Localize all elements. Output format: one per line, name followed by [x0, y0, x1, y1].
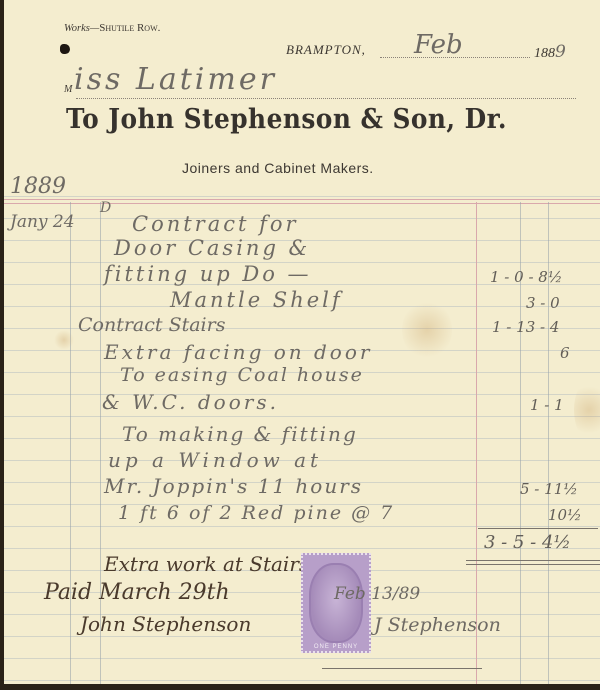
line-amount: 3 - 0 [526, 294, 560, 312]
line-item: fitting up Do — [104, 262, 312, 286]
line-amount: 6 [560, 344, 570, 362]
recipient-name: iss Latimer [74, 62, 277, 97]
signature-flourish [322, 668, 482, 669]
total-double-rule [466, 564, 600, 565]
line-item: up a Window at [108, 448, 322, 472]
works-label: Works— [64, 23, 99, 34]
line-amount: 1 - 0 - 8½ [490, 268, 562, 286]
payee-signature: John Stephenson [80, 612, 251, 636]
date-column-rule [70, 202, 71, 684]
stamp-value: ONE PENNY [303, 644, 369, 650]
stamp-cancellation-date: Feb 13/89 [334, 584, 420, 604]
line-amount: 1 - 13 - 4 [492, 318, 559, 336]
line-item: & W.C. doors. [102, 390, 279, 414]
printed-year: 1889 [534, 42, 566, 62]
trade-description: Joiners and Cabinet Makers. [182, 160, 374, 176]
line-item: Extra facing on door [104, 340, 372, 364]
amount-column-rule [476, 202, 477, 684]
punch-hole [60, 44, 70, 54]
handwritten-month: Feb [414, 30, 463, 60]
line-item: To easing Coal house [120, 364, 364, 386]
line-item: To making & fitting [122, 422, 358, 446]
line-item: Mr. Joppin's 11 hours [104, 474, 363, 498]
works-address: Works—Shutile Row. [64, 22, 160, 34]
paper-stain [402, 300, 452, 360]
paid-date: Paid March 29th [44, 580, 230, 605]
recipient-prefix: M [64, 84, 72, 95]
entry-date-mark: D [100, 200, 111, 216]
line-item: Contract for [132, 212, 299, 236]
year-handwritten: 9 [555, 42, 566, 62]
invoice-paper: Works—Shutile Row. BRAMPTON, Feb 1889 M … [4, 0, 600, 684]
place-name: BRAMPTON, [286, 42, 366, 58]
line-item: 1 ft 6 of 2 Red pine @ 7 [118, 502, 394, 524]
paper-stain [574, 380, 600, 440]
paper-stain [54, 330, 74, 350]
invoice-heading: To John Stephenson & Son, Dr. [66, 104, 507, 135]
line-item: Door Casing & [114, 236, 310, 260]
line-amount: 1 - 1 [530, 396, 564, 414]
line-item: Mantle Shelf [170, 288, 343, 312]
line-item: Contract Stairs [78, 314, 225, 336]
total-double-rule [466, 560, 600, 561]
works-location: Shutile Row. [99, 22, 160, 34]
year-prefix: 188 [534, 46, 555, 61]
total-amount: 3 - 5 - 4½ [484, 532, 571, 553]
ledger-year: 1889 [10, 174, 66, 199]
ledger-header-rule [4, 199, 600, 204]
line-amount: 10½ [548, 506, 582, 524]
recipient-dotted-line [76, 98, 576, 99]
subtotal-rule [478, 528, 598, 529]
entry-date: Jany 24 [10, 212, 75, 232]
stamp-cancellation-signature: J Stephenson [374, 614, 501, 636]
line-amount: 5 - 11½ [520, 480, 578, 498]
